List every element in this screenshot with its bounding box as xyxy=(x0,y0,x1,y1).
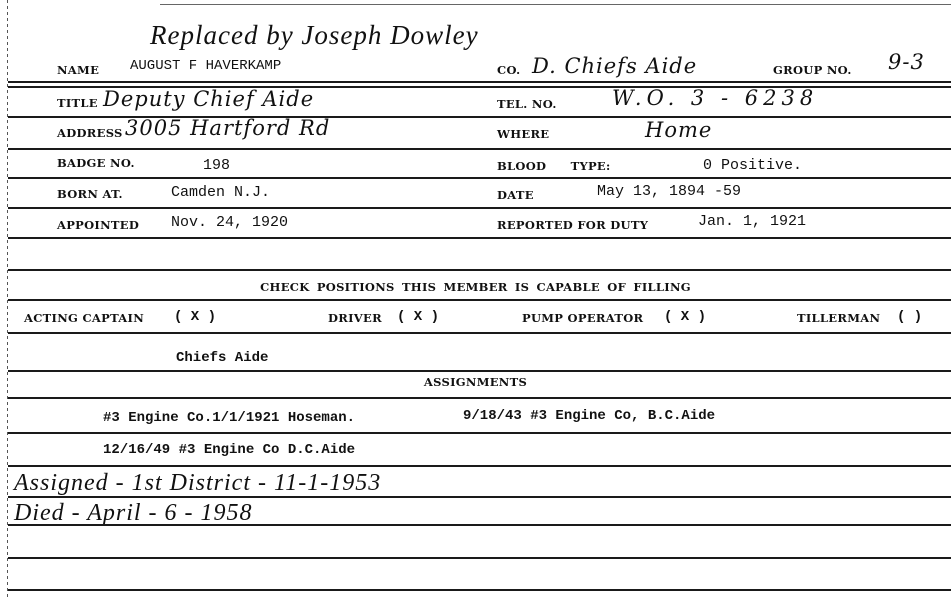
divider xyxy=(8,589,951,591)
address-label: ADDRESS xyxy=(57,126,123,140)
personnel-card: Replaced by Joseph Dowley NAME AUGUST F … xyxy=(0,0,951,600)
top-border-line xyxy=(160,4,951,5)
tel-no-value: W.O. 3 - 6238 xyxy=(612,86,818,110)
group-no-value: 9-3 xyxy=(888,50,925,74)
blood-type-value: 0 Positive. xyxy=(703,157,802,174)
co-value: D. Chiefs Aide xyxy=(532,54,697,78)
position-pump-operator-checkbox[interactable]: ( X ) xyxy=(664,309,706,325)
positions-heading: CHECK POSITIONS THIS MEMBER IS CAPABLE O… xyxy=(0,280,951,294)
title-value: Deputy Chief Aide xyxy=(103,87,314,111)
divider xyxy=(8,432,951,434)
reported-for-duty-value: Jan. 1, 1921 xyxy=(698,213,806,230)
divider xyxy=(8,524,951,526)
where-label: WHERE xyxy=(497,127,549,141)
position-note: Chiefs Aide xyxy=(176,350,268,366)
handwritten-note-died: Died - April - 6 - 1958 xyxy=(14,500,253,527)
title-label: TITLE xyxy=(57,96,98,110)
assignment-entry-1: #3 Engine Co.1/1/1921 Hoseman. xyxy=(103,410,355,426)
name-value: AUGUST F HAVERKAMP xyxy=(130,58,281,74)
divider xyxy=(8,269,951,271)
assignment-entry-3: 12/16/49 #3 Engine Co D.C.Aide xyxy=(103,442,355,458)
divider xyxy=(8,370,951,372)
blood-type-label: BLOOD TYPE: xyxy=(497,159,611,173)
assignment-entry-2: 9/18/43 #3 Engine Co, B.C.Aide xyxy=(463,408,715,424)
divider xyxy=(8,557,951,559)
badge-no-value: 198 xyxy=(203,157,230,174)
divider xyxy=(8,148,951,150)
divider xyxy=(8,496,951,498)
divider xyxy=(8,332,951,334)
position-acting-captain-checkbox[interactable]: ( X ) xyxy=(174,309,216,325)
position-pump-operator-label: PUMP OPERATOR xyxy=(522,311,643,325)
position-acting-captain-label: ACTING CAPTAIN xyxy=(24,311,144,325)
appointed-value: Nov. 24, 1920 xyxy=(171,214,288,231)
name-label: NAME xyxy=(57,63,99,77)
address-value: 3005 Hartford Rd xyxy=(125,116,330,140)
divider xyxy=(8,81,951,83)
position-tillerman-checkbox[interactable]: ( ) xyxy=(897,309,922,325)
where-value: Home xyxy=(645,118,712,142)
divider xyxy=(8,465,951,467)
handwritten-note-assigned: Assigned - 1st District - 11-1-1953 xyxy=(14,470,381,497)
reported-for-duty-label: REPORTED FOR DUTY xyxy=(497,218,648,232)
co-label: CO. xyxy=(497,63,520,77)
annotation-replaced-by: Replaced by Joseph Dowley xyxy=(150,20,479,51)
born-at-value: Camden N.J. xyxy=(171,184,270,201)
assignments-heading: ASSIGNMENTS xyxy=(0,375,951,389)
divider xyxy=(8,207,951,209)
appointed-label: APPOINTED xyxy=(57,218,139,232)
divider xyxy=(8,397,951,399)
divider xyxy=(8,299,951,301)
date-value: May 13, 1894 -59 xyxy=(597,183,741,200)
tel-no-label: TEL. NO. xyxy=(497,97,557,111)
date-label: DATE xyxy=(497,188,534,202)
divider xyxy=(8,177,951,179)
position-tillerman-label: TILLERMAN xyxy=(797,311,880,325)
badge-no-label: BADGE NO. xyxy=(57,156,135,170)
born-at-label: BORN AT. xyxy=(57,187,123,201)
group-no-label: GROUP NO. xyxy=(773,63,852,77)
position-driver-checkbox[interactable]: ( X ) xyxy=(397,309,439,325)
divider xyxy=(8,237,951,239)
position-driver-label: DRIVER xyxy=(328,311,382,325)
